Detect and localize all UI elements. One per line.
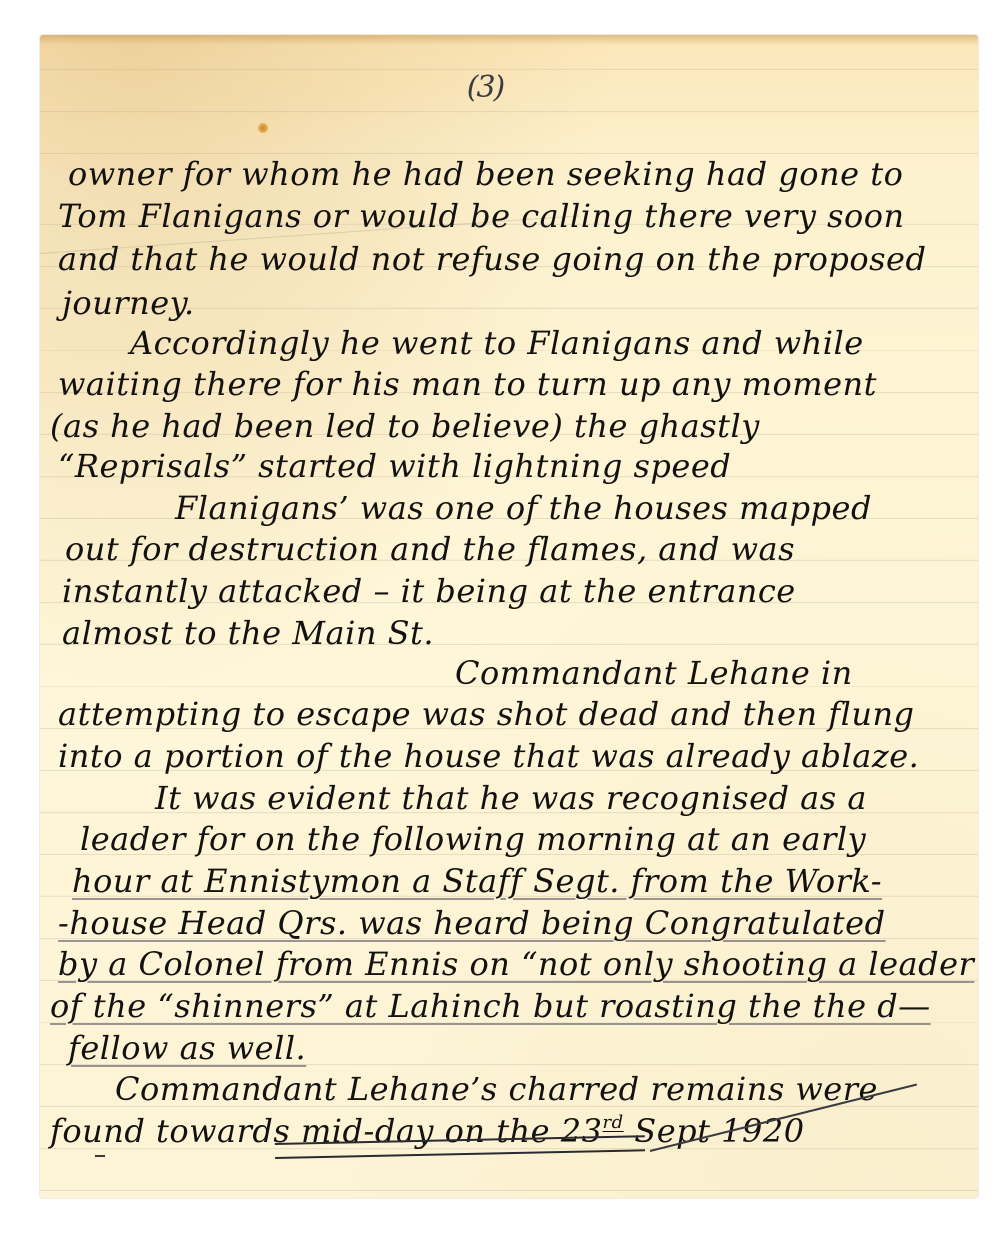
rust-stain bbox=[258, 123, 268, 133]
text-line-13: Commandant Lehane in bbox=[455, 657, 853, 689]
text-line-7: (as he had been led to believe) the ghas… bbox=[50, 410, 760, 442]
text-line-8: “Reprisals” started with lightning speed bbox=[58, 450, 731, 482]
text-line-23: Commandant Lehane’s charred remains were bbox=[115, 1073, 878, 1105]
text-line-1: owner for whom he had been seeking had g… bbox=[68, 158, 903, 190]
text-line-4: journey. bbox=[62, 287, 195, 319]
text-line-6: waiting there for his man to turn up any… bbox=[58, 368, 877, 400]
text-line-20: by a Colonel from Ennis on “not only sho… bbox=[58, 948, 974, 980]
text-line-9: Flanigans’ was one of the houses mapped bbox=[175, 492, 872, 524]
text-line-2: Tom Flanigans or would be calling there … bbox=[58, 200, 905, 232]
text-line-3: and that he would not refuse going on th… bbox=[58, 243, 926, 275]
page-number: (3) bbox=[457, 70, 513, 105]
stray-ink-mark bbox=[95, 1155, 105, 1157]
text-line-19: -house Head Qrs. was heard being Congrat… bbox=[58, 907, 886, 939]
text-line-12: almost to the Main St. bbox=[62, 617, 434, 649]
ordinal-suffix: rd bbox=[602, 1112, 623, 1133]
text-line-15: into a portion of the house that was alr… bbox=[58, 740, 919, 772]
text-line-21: of the “shinners” at Lahinch but roastin… bbox=[50, 990, 931, 1022]
text-line-22: fellow as well. bbox=[68, 1032, 306, 1064]
text-line-18: hour at Ennistymon a Staff Segt. from th… bbox=[72, 865, 882, 897]
text-line-5: Accordingly he went to Flanigans and whi… bbox=[130, 327, 864, 359]
text-line-10: out for destruction and the flames, and … bbox=[65, 533, 795, 565]
text-line-11: instantly attacked – it being at the ent… bbox=[62, 575, 796, 607]
text-line-17: leader for on the following morning at a… bbox=[80, 823, 866, 855]
text-line-16: It was evident that he was recognised as… bbox=[155, 782, 867, 814]
text-line-14: attempting to escape was shot dead and t… bbox=[58, 698, 915, 730]
